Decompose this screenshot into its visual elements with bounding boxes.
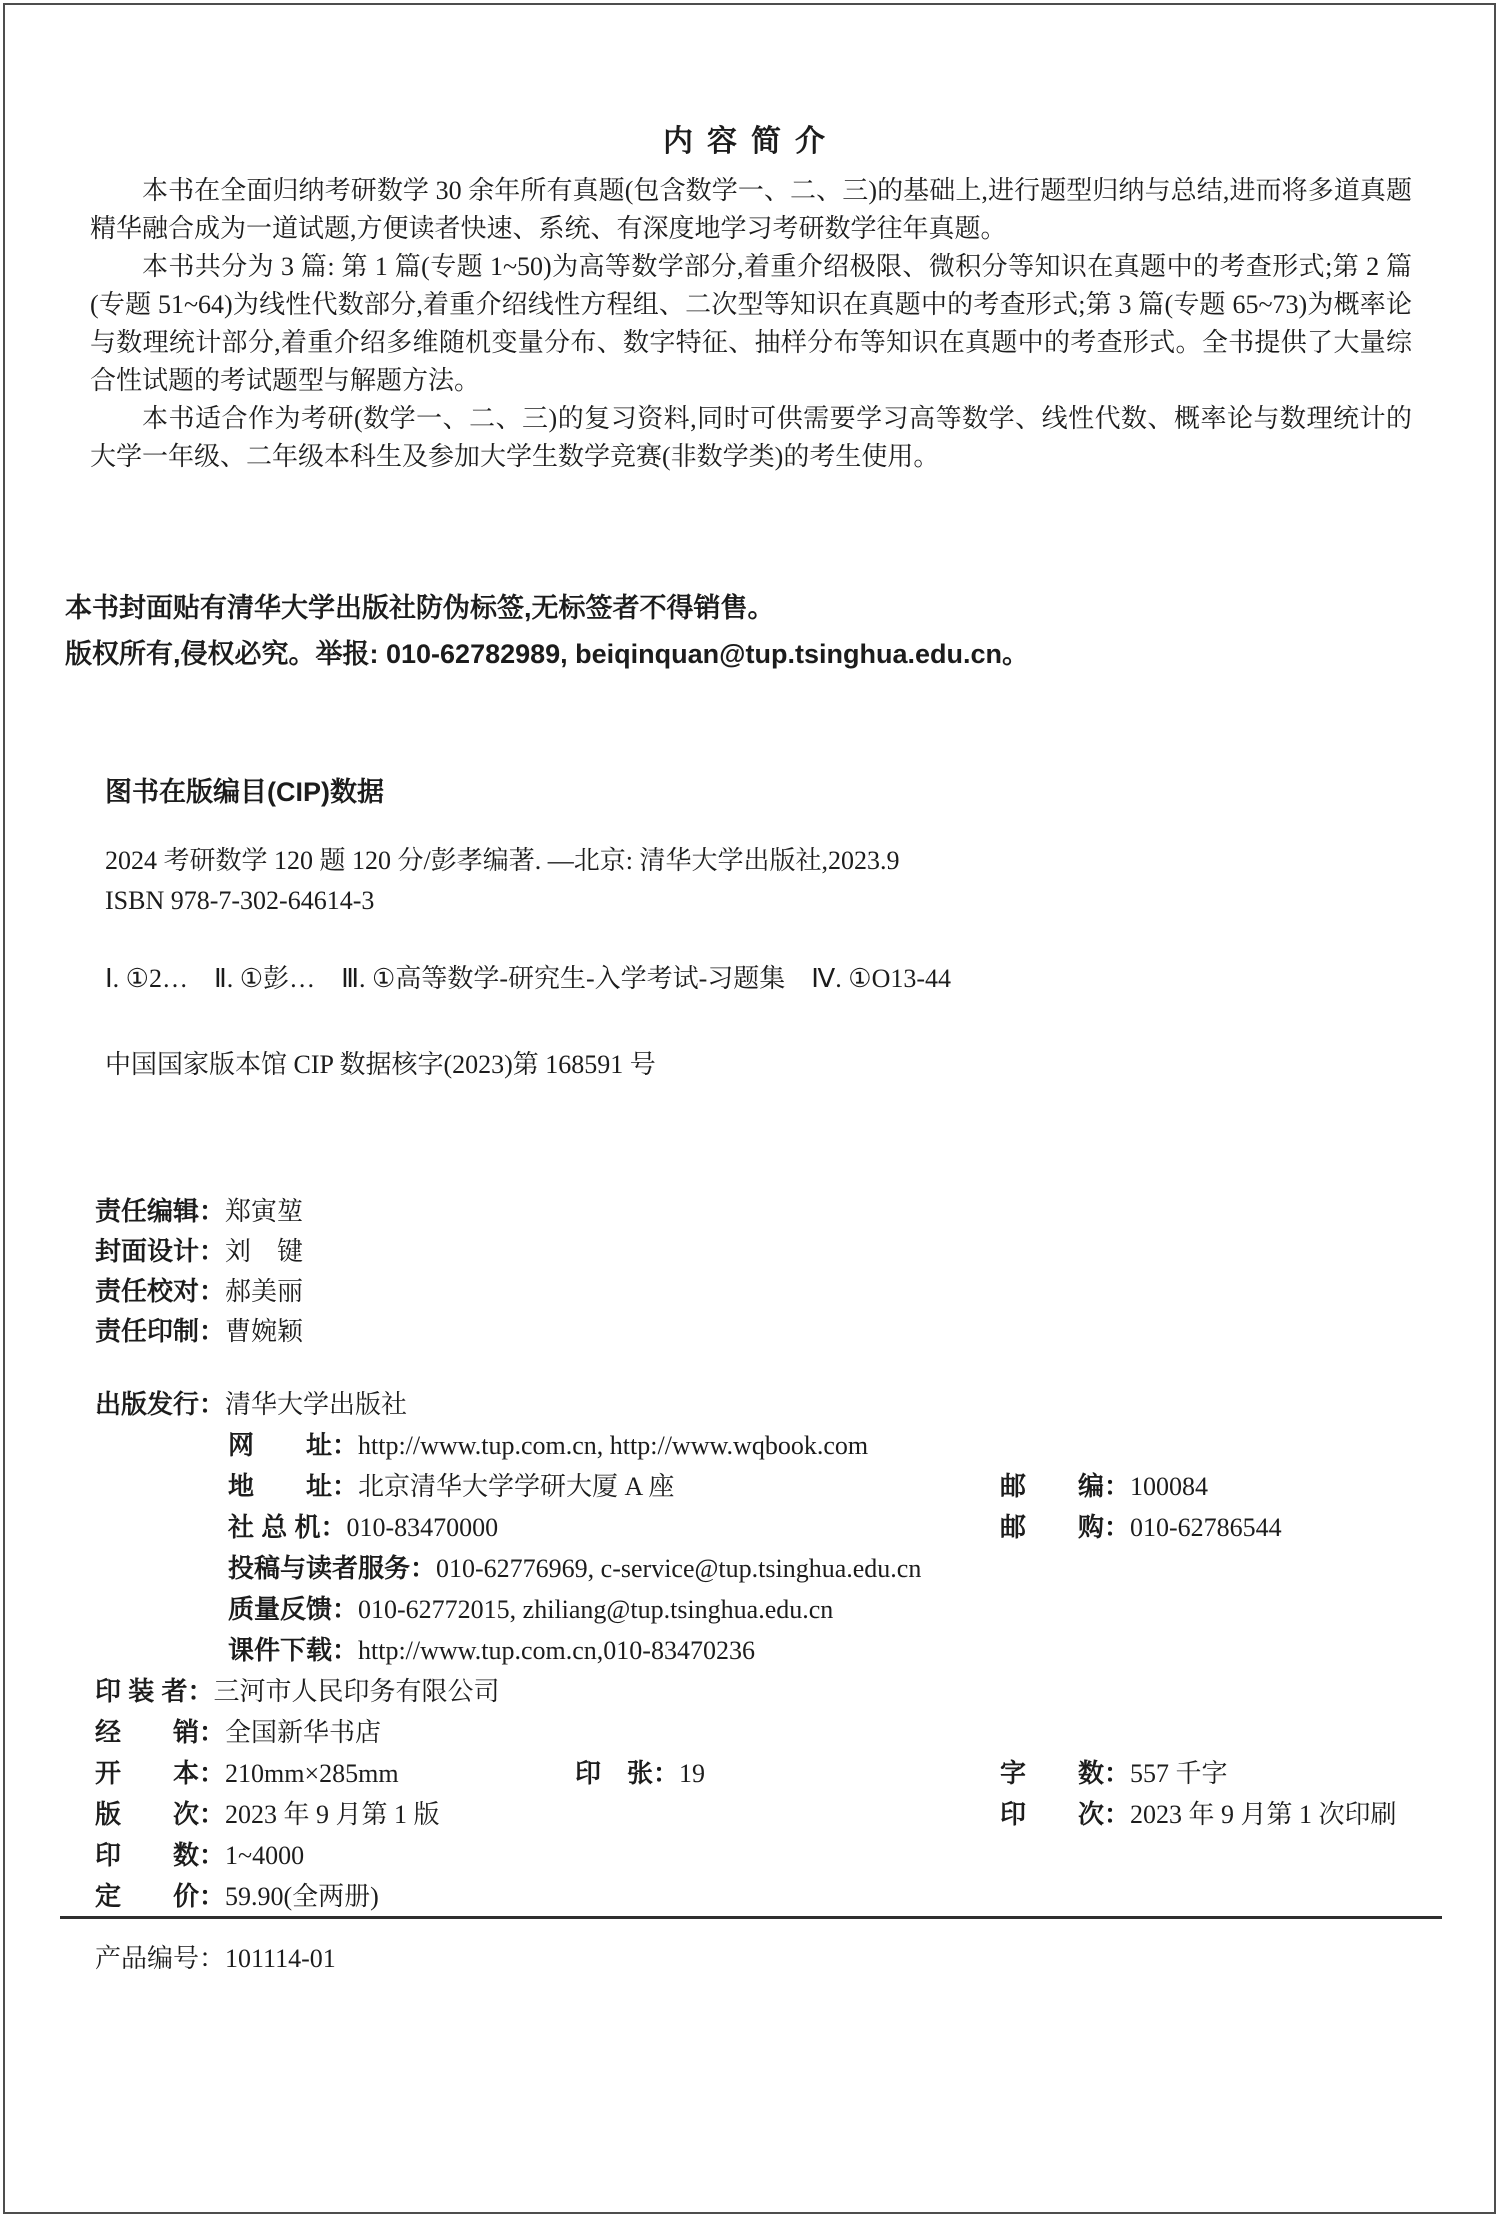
- cip-header: 图书在版编目(CIP)数据: [105, 770, 384, 809]
- address-value: 北京清华大学学研大厦 A 座: [358, 1472, 674, 1501]
- credit-row-proofreader: 责任校对：郝美丽: [95, 1271, 303, 1311]
- credit-editor-label: 责任编辑：: [95, 1196, 225, 1226]
- publisher-label: 出版发行：: [95, 1389, 225, 1419]
- switchboard-value: 010-83470000: [346, 1513, 498, 1542]
- courseware-label: 课件下载：: [228, 1635, 358, 1665]
- cip-isbn: ISBN 978-7-302-64614-3: [105, 886, 374, 916]
- price-value: 59.90(全两册): [225, 1882, 379, 1911]
- pub-cell-word-count: 字 数：557 千字: [1000, 1753, 1228, 1794]
- impression-label: 印 次：: [1000, 1799, 1130, 1829]
- page-title: 内容简介: [90, 116, 1412, 160]
- pub-cell-sheets: 印 张：19: [575, 1753, 705, 1794]
- submission-label: 投稿与读者服务：: [228, 1553, 436, 1583]
- credit-printing-value: 曹婉颖: [225, 1317, 303, 1346]
- content-summary: 本书在全面归纳考研数学 30 余年所有真题(包含数学一、二、三)的基础上,进行题…: [90, 172, 1412, 476]
- antipiracy-notice: 本书封面贴有清华大学出版社防伪标签,无标签者不得销售。 版权所有,侵权必究。举报…: [65, 585, 1445, 677]
- credit-row-printing: 责任印制：曹婉颖: [95, 1311, 303, 1351]
- credit-cover-label: 封面设计：: [95, 1236, 225, 1266]
- credit-printing-label: 责任印制：: [95, 1316, 225, 1346]
- product-number-label: 产品编号：: [95, 1944, 225, 1973]
- pub-row-quality: 质量反馈：010-62772015, zhiliang@tup.tsinghua…: [95, 1589, 1445, 1630]
- sheets-value: 19: [679, 1759, 705, 1788]
- credit-cover-value: 刘 键: [225, 1237, 303, 1266]
- pub-row-courseware: 课件下载：http://www.tup.com.cn,010-83470236: [95, 1630, 1445, 1671]
- pub-cell-impression: 印 次：2023 年 9 月第 1 次印刷: [1000, 1794, 1397, 1835]
- credit-proofreader-value: 郝美丽: [225, 1277, 303, 1306]
- impression-value: 2023 年 9 月第 1 次印刷: [1130, 1800, 1397, 1829]
- cip-classification: Ⅰ. ①2… Ⅱ. ①彭… Ⅲ. ①高等数学-研究生-入学考试-习题集 Ⅳ. ①…: [105, 958, 951, 995]
- sheets-label: 印 张：: [575, 1758, 679, 1788]
- pub-cell-postcode: 邮 编：100084: [1000, 1466, 1208, 1507]
- edition-value: 2023 年 9 月第 1 版: [225, 1800, 440, 1829]
- format-label: 开 本：: [95, 1758, 225, 1788]
- mail-order-label: 邮 购：: [1000, 1512, 1130, 1542]
- website-value: http://www.tup.com.cn, http://www.wqbook…: [358, 1431, 868, 1460]
- quality-label: 质量反馈：: [228, 1594, 358, 1624]
- publisher-value: 清华大学出版社: [225, 1390, 407, 1419]
- product-number-value: 101114-01: [225, 1944, 336, 1973]
- pub-row-website: 网 址：http://www.tup.com.cn, http://www.wq…: [95, 1425, 1445, 1466]
- website-label: 网 址：: [228, 1430, 358, 1460]
- staff-credits: 责任编辑：郑寅堃 封面设计：刘 键 责任校对：郝美丽 责任印制：曹婉颖: [95, 1191, 303, 1351]
- print-run-label: 印 数：: [95, 1840, 225, 1870]
- price-label: 定 价：: [95, 1881, 225, 1911]
- credit-row-cover: 封面设计：刘 键: [95, 1231, 303, 1271]
- pub-cell-mail-order: 邮 购：010-62786544: [1000, 1507, 1282, 1548]
- printer-label: 印 装 者：: [95, 1676, 213, 1706]
- credit-editor-value: 郑寅堃: [225, 1197, 303, 1226]
- submission-value: 010-62776969, c-service@tup.tsinghua.edu…: [436, 1554, 921, 1583]
- pub-row-printer: 印 装 者：三河市人民印务有限公司: [95, 1671, 1445, 1712]
- credit-row-editor: 责任编辑：郑寅堃: [95, 1191, 303, 1231]
- antipiracy-line-2: 版权所有,侵权必究。举报: 010-62782989, beiqinquan@t…: [65, 631, 1445, 677]
- summary-paragraph-1: 本书在全面归纳考研数学 30 余年所有真题(包含数学一、二、三)的基础上,进行题…: [90, 172, 1412, 248]
- pub-row-submission: 投稿与读者服务：010-62776969, c-service@tup.tsin…: [95, 1548, 1445, 1589]
- word-count-label: 字 数：: [1000, 1758, 1130, 1788]
- antipiracy-line-1: 本书封面贴有清华大学出版社防伪标签,无标签者不得销售。: [65, 585, 1445, 631]
- postcode-label: 邮 编：: [1000, 1471, 1130, 1501]
- printer-value: 三河市人民印务有限公司: [213, 1677, 499, 1706]
- footer-divider-rule: [60, 1916, 1442, 1919]
- pub-row-price: 定 价：59.90(全两册): [95, 1876, 1445, 1917]
- quality-value: 010-62772015, zhiliang@tup.tsinghua.edu.…: [358, 1595, 833, 1624]
- summary-paragraph-3: 本书适合作为考研(数学一、二、三)的复习资料,同时可供需要学习高等数学、线性代数…: [90, 400, 1412, 476]
- postcode-value: 100084: [1130, 1472, 1208, 1501]
- mail-order-value: 010-62786544: [1130, 1513, 1282, 1542]
- pub-row-edition: 版 次：2023 年 9 月第 1 版 印 次：2023 年 9 月第 1 次印…: [95, 1794, 1445, 1835]
- edition-label: 版 次：: [95, 1799, 225, 1829]
- print-run-value: 1~4000: [225, 1841, 304, 1870]
- pub-row-format: 开 本：210mm×285mm 印 张：19 字 数：557 千字: [95, 1753, 1445, 1794]
- publishing-info: 出版发行：清华大学出版社 网 址：http://www.tup.com.cn, …: [95, 1384, 1445, 1917]
- distributor-label: 经 销：: [95, 1717, 225, 1747]
- product-number: 产品编号：101114-01: [95, 1938, 336, 1975]
- word-count-value: 557 千字: [1130, 1759, 1228, 1788]
- courseware-value: http://www.tup.com.cn,010-83470236: [358, 1636, 755, 1665]
- switchboard-label: 社 总 机：: [228, 1512, 346, 1542]
- copyright-page: 内容简介 本书在全面归纳考研数学 30 余年所有真题(包含数学一、二、三)的基础…: [0, 0, 1500, 2218]
- pub-row-address: 地 址：北京清华大学学研大厦 A 座 邮 编：100084: [95, 1466, 1445, 1507]
- cip-record-number: 中国国家版本馆 CIP 数据核字(2023)第 168591 号: [105, 1044, 656, 1081]
- cip-title-line: 2024 考研数学 120 题 120 分/彭孝编著. —北京: 清华大学出版社…: [105, 840, 899, 877]
- pub-row-print-run: 印 数：1~4000: [95, 1835, 1445, 1876]
- credit-proofreader-label: 责任校对：: [95, 1276, 225, 1306]
- format-value: 210mm×285mm: [225, 1759, 399, 1788]
- address-label: 地 址：: [228, 1471, 358, 1501]
- pub-row-publisher: 出版发行：清华大学出版社: [95, 1384, 1445, 1425]
- pub-row-distributor: 经 销：全国新华书店: [95, 1712, 1445, 1753]
- pub-row-switchboard: 社 总 机：010-83470000 邮 购：010-62786544: [95, 1507, 1445, 1548]
- summary-paragraph-2: 本书共分为 3 篇: 第 1 篇(专题 1~50)为高等数学部分,着重介绍极限、…: [90, 248, 1412, 400]
- distributor-value: 全国新华书店: [225, 1718, 381, 1747]
